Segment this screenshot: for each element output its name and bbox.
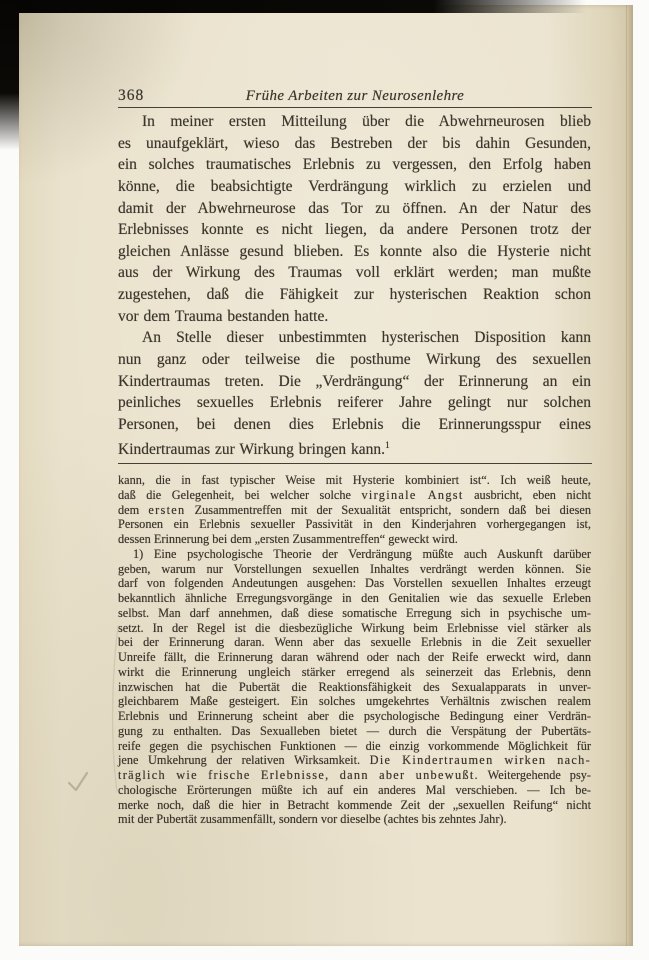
body-text-line: Personen, bei denen dies Erlebnis die Er…	[118, 414, 591, 436]
body-text-line: vor dem Trauma bestanden hatte.	[118, 306, 591, 328]
scanner-shadow-top-icon	[0, 0, 586, 13]
body-text-line: aus der Wirkung des Traumas voll erklärt…	[118, 262, 591, 284]
footnote-reference-marker: 1	[385, 440, 390, 451]
main-text-block: In meiner ersten Mitteilung über die Abw…	[118, 111, 591, 461]
footnote-text-line: darf von folgenden Andeutungen ausgehen:…	[118, 576, 591, 591]
footnote-text-line: kann, die in fast typischer Weise mit Hy…	[118, 473, 591, 488]
footnote-text-line: Erlebnis und Erinnerung scheint aber die…	[118, 709, 591, 724]
body-text-line: An Stelle dieser unbestimmten hysterisch…	[118, 327, 591, 349]
body-text-line: Kindertraumas zur Wirkung bringen kann.1	[118, 435, 591, 461]
page-number: 368	[118, 87, 144, 105]
body-text-line: könne, die beabsichtigte Verdrängung wir…	[118, 176, 591, 198]
body-text-line: Erlebnisses konnte es nicht liegen, da a…	[118, 219, 591, 241]
footnote-separator	[118, 463, 592, 464]
book-page: 368 Frühe Arbeiten zur Neurosenlehre In …	[19, 5, 633, 946]
body-text-line: Kindertraumas treten. Die „Verdrängung“ …	[118, 371, 591, 393]
footnote-text-line: Unreife fällt, die Erinnerung daran währ…	[118, 650, 591, 665]
footnote-text-line: bekanntlich ähnliche Erregungsvorgänge i…	[118, 591, 591, 606]
footnote-text-line: chologische Erörterungen müßte ich auf e…	[118, 783, 591, 798]
emphasized-spaced-text: virginale Angst	[361, 488, 463, 502]
footnote-text-line: inzwischen hat die Pubertät die Reaktion…	[118, 680, 591, 695]
footnote-text-line: geben, warum nur Vorstellungen sexuellen…	[118, 562, 591, 577]
footnote-text-line: 1) Eine psychologische Theorie der Verdr…	[118, 547, 591, 562]
page-background: { "page": { "number": "368", "running_ti…	[0, 0, 649, 960]
footnote-text-line: reife gegen die psychischen Funktionen —…	[118, 739, 591, 754]
scanner-shadow-left-icon	[0, 0, 19, 150]
footnote-text-line: bei der Erinnerung daran. Wenn aber das …	[118, 635, 591, 650]
footnote-text-line: Personen ein Erlebnis sexueller Passivit…	[118, 517, 591, 532]
footnote-text-line: wirkt die Erinnerung ungleich stärker er…	[118, 665, 591, 680]
footnote-text-line: dem ersten Zusammentreffen mit der Sexua…	[118, 503, 591, 518]
footnote-text-line: selbst. Man darf annehmen, daß diese som…	[118, 606, 591, 621]
footnote-text-line: merke noch, daß die hier in Betracht kom…	[118, 798, 591, 813]
footnote-text-line: setzt. In der Regel ist die diesbezüglic…	[118, 621, 591, 636]
running-title: Frühe Arbeiten zur Neurosenlehre	[246, 88, 464, 107]
body-text-line: ein solches traumatisches Erlebnis zu ve…	[118, 154, 591, 176]
body-text-line: es unaufgeklärt, wieso das Bestreben der…	[118, 133, 591, 155]
body-text-line: peinliches sexuelles Erlebnis reiferer J…	[118, 392, 591, 414]
footnote-text-line: gleichbarem Maße gesteigert. Ein solches…	[118, 694, 591, 709]
emphasized-spaced-text: ersten	[148, 503, 185, 517]
emphasized-spaced-text: Die Kindertraumen wirken nach-	[370, 753, 591, 767]
body-text-line: nun ganz oder teilweise die posthume Wir…	[118, 349, 591, 371]
emphasized-spaced-text: träglich wie frische Erlebnisse, dann ab…	[118, 768, 479, 782]
page-header: 368 Frühe Arbeiten zur Neurosenlehre	[118, 79, 592, 108]
footnote-text-line: träglich wie frische Erlebnisse, dann ab…	[118, 768, 591, 783]
footnote-text-line: jene Umkehrung der relativen Wirksamkeit…	[118, 753, 591, 768]
footnote-text-line: gung zu enthalten. Das Sexualleben biete…	[118, 724, 591, 739]
body-text-line: damit der Abwehrneurose das Tor zu öffne…	[118, 198, 591, 220]
footnote-text-line: dessen Erinnerung bei dem „ersten Zusamm…	[118, 532, 591, 547]
body-text-line: gleichen Anlässe gesund blieben. Es konn…	[118, 241, 591, 263]
footnote-text-line: daß die Gelegenheit, bei welcher solche …	[118, 488, 591, 503]
body-text-line: In meiner ersten Mitteilung über die Abw…	[118, 111, 591, 133]
body-text-line: zugestehen, daß die Fähigkeit zur hyster…	[118, 284, 591, 306]
pencil-checkmark-icon	[69, 773, 87, 790]
footnote-text-line: mit der Pubertät zusammenfällt, sondern …	[118, 812, 591, 827]
footnotes-block: kann, die in fast typischer Weise mit Hy…	[118, 473, 591, 827]
